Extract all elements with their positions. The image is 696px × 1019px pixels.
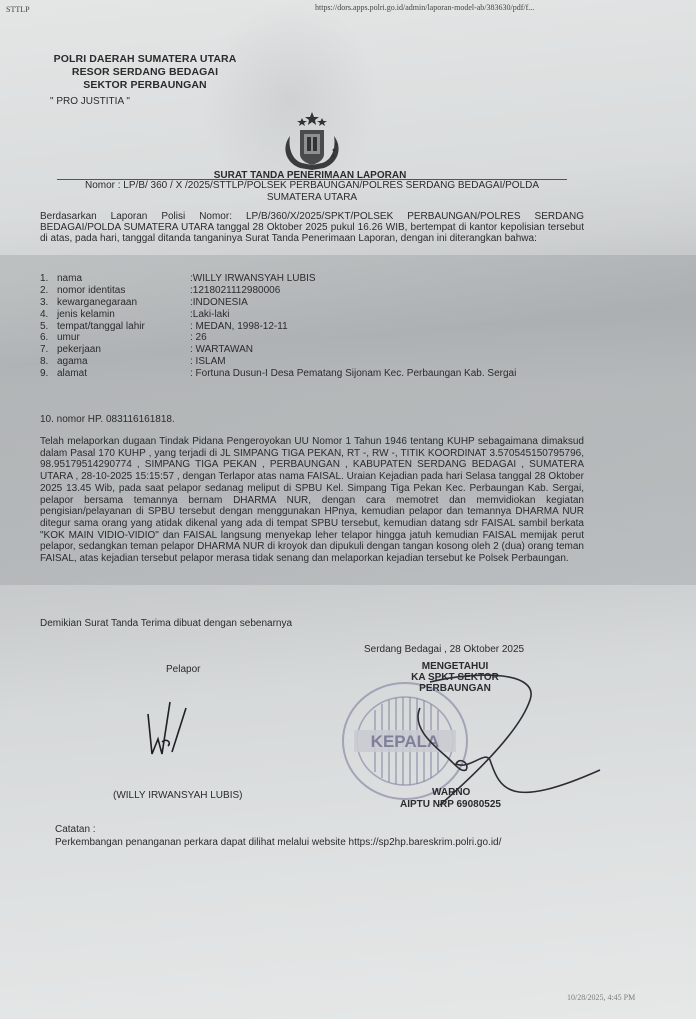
identity-row: 5. tempat/tanggal lahir : MEDAN, 1998-12… [40, 321, 620, 333]
place-date: Serdang Bedagai , 28 Oktober 2025 [364, 644, 524, 655]
identity-row: 9. alamat : Fortuna Dusun-I Desa Pematan… [40, 368, 620, 380]
print-timestamp: 10/28/2025, 4:45 PM [567, 993, 635, 1002]
identity-value: :1218021112980006 [190, 285, 620, 297]
identity-label: jenis kelamin [57, 309, 190, 321]
identity-label: pekerjaan [57, 344, 190, 356]
identity-value: :Laki-laki [190, 309, 620, 321]
reporter-signature-icon [140, 694, 200, 764]
institution-line-1: POLRI DAERAH SUMATERA UTARA [50, 53, 240, 66]
identity-row: 7. pekerjaan : WARTAWAN [40, 344, 620, 356]
institution-line-2: RESOR SERDANG BEDAGAI [50, 66, 240, 79]
print-header-left: STTLP [6, 5, 30, 14]
phone-number: 10. nomor HP. 083116161818. [40, 414, 175, 425]
polri-emblem-icon [276, 110, 348, 172]
identity-label: nomor identitas [57, 285, 190, 297]
identity-label: tempat/tanggal lahir [57, 321, 190, 333]
identity-value: : Fortuna Dusun-I Desa Pematang Sijonam … [190, 368, 620, 380]
identity-row: 2. nomor identitas :1218021112980006 [40, 285, 620, 297]
officer-name: WARNO [432, 787, 470, 798]
identity-value: : ISLAM [190, 356, 620, 368]
identity-value: : 26 [190, 332, 620, 344]
identity-label: alamat [57, 368, 190, 380]
intro-paragraph: Berdasarkan Laporan Polisi Nomor: LP/B/3… [40, 211, 584, 245]
identity-value: :WILLY IRWANSYAH LUBIS [190, 273, 620, 285]
document-number: Nomor : LP/B/ 360 / X /2025/STTLP/POLSEK… [57, 179, 567, 204]
note-label: Catatan : [55, 824, 96, 835]
identity-row: 3. kewarganegaraan :INDONESIA [40, 297, 620, 309]
report-body: Telah melaporkan dugaan Tindak Pidana Pe… [40, 436, 584, 565]
identity-row: 8. agama : ISLAM [40, 356, 620, 368]
identity-row: 1. nama :WILLY IRWANSYAH LUBIS [40, 273, 620, 285]
identity-label: umur [57, 332, 190, 344]
institution-line-3: SEKTOR PERBAUNGAN [50, 79, 240, 92]
identity-label: agama [57, 356, 190, 368]
note-text: Perkembangan penanganan perkara dapat di… [55, 837, 501, 848]
institution-header: POLRI DAERAH SUMATERA UTARA RESOR SERDAN… [50, 53, 240, 92]
identity-label: kewarganegaraan [57, 297, 190, 309]
reporter-label: Pelapor [166, 664, 200, 675]
document-number-line-1: Nomor : LP/B/ 360 / X /2025/STTLP/POLSEK… [57, 180, 567, 192]
identity-label: nama [57, 273, 190, 285]
reporter-identity-list: 1. nama :WILLY IRWANSYAH LUBIS 2. nomor … [40, 273, 620, 380]
print-header-url: https://dors.apps.polri.go.id/admin/lapo… [315, 3, 534, 12]
identity-value: : WARTAWAN [190, 344, 620, 356]
officer-nrp: AIPTU NRP 69080525 [400, 799, 501, 810]
identity-row: 4. jenis kelamin :Laki-laki [40, 309, 620, 321]
document-number-line-2: SUMATERA UTARA [57, 192, 567, 204]
reporter-name: (WILLY IRWANSYAH LUBIS) [113, 790, 242, 801]
closing-statement: Demikian Surat Tanda Terima dibuat denga… [40, 618, 292, 629]
pro-justitia: " PRO JUSTITIA " [50, 96, 130, 107]
identity-value: : MEDAN, 1998-12-11 [190, 321, 620, 333]
identity-row: 6. umur : 26 [40, 332, 620, 344]
identity-value: :INDONESIA [190, 297, 620, 309]
